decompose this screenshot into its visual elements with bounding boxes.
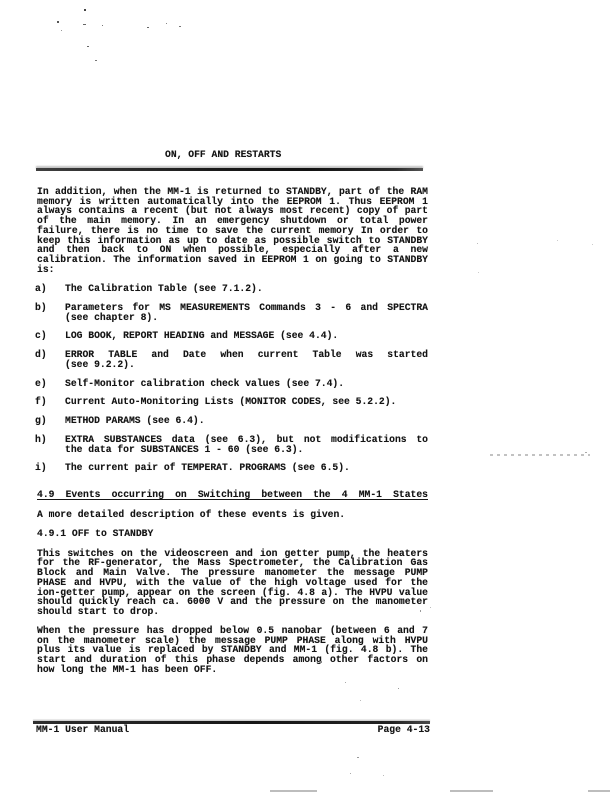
list-item: h)EXTRA SUBSTANCES data (see 6.3), but n… bbox=[37, 435, 428, 455]
list-item: a)The Calibration Table (see 7.1.2). bbox=[37, 284, 428, 294]
scan-artifact bbox=[61, 30, 62, 31]
list-item-marker: g) bbox=[35, 416, 47, 426]
list-item-marker: d) bbox=[35, 350, 47, 360]
list-item-marker: f) bbox=[35, 397, 47, 407]
list-item: g)METHOD PARAMS (see 6.4). bbox=[37, 416, 428, 426]
list-item-marker: b) bbox=[35, 303, 47, 313]
list-item: c)LOG BOOK, REPORT HEADING and MESSAGE (… bbox=[37, 331, 428, 341]
document-body: ON, OFF AND RESTARTS In addition, when t… bbox=[37, 150, 428, 675]
text-line: how long the MM-1 has been OFF. bbox=[37, 665, 428, 675]
scan-artifact bbox=[357, 757, 359, 758]
section-intro: A more detailed description of these eve… bbox=[37, 510, 428, 520]
intro-paragraph: In addition, when the MM-1 is returned t… bbox=[37, 187, 428, 275]
off-to-standby-paragraph: This switches on the videoscreen and ion… bbox=[37, 549, 428, 617]
scan-artifact bbox=[585, 452, 587, 453]
list-item: e)Self-Monitor calibration check values … bbox=[37, 379, 428, 389]
text-line: (see chapter 8). bbox=[65, 313, 428, 323]
scan-artifact bbox=[166, 23, 167, 24]
page-header-title: ON, OFF AND RESTARTS bbox=[37, 150, 428, 160]
scan-artifact bbox=[87, 46, 89, 47]
text-line: METHOD PARAMS (see 6.4). bbox=[65, 416, 428, 426]
scan-artifact bbox=[350, 773, 351, 774]
list-item-marker: c) bbox=[35, 331, 47, 341]
scan-artifact bbox=[360, 700, 361, 701]
scan-artifact bbox=[557, 240, 558, 241]
subsection-heading: 4.9.1 OFF to STANDBY bbox=[37, 529, 428, 539]
list-item-marker: a) bbox=[35, 284, 47, 294]
list-item: d)ERROR TABLE and Date when current Tabl… bbox=[37, 350, 428, 370]
header-rule bbox=[36, 168, 423, 171]
list-item-marker: h) bbox=[35, 435, 47, 445]
document-page: ON, OFF AND RESTARTS In addition, when t… bbox=[0, 0, 612, 793]
section-heading: 4.9 Events occurring on Switching betwee… bbox=[37, 490, 428, 500]
text-line: LOG BOOK, REPORT HEADING and MESSAGE (se… bbox=[65, 331, 428, 341]
scan-artifact bbox=[592, 244, 593, 245]
saved-data-list: a)The Calibration Table (see 7.1.2).b)Pa… bbox=[37, 284, 428, 473]
scan-artifact bbox=[83, 24, 86, 25]
scan-artifact bbox=[179, 26, 181, 27]
scan-artifact bbox=[345, 682, 346, 683]
text-line: The Calibration Table (see 7.1.2). bbox=[65, 284, 428, 294]
scan-artifact bbox=[383, 775, 384, 776]
page-footer: MM-1 User Manual Page 4-13 bbox=[33, 721, 430, 735]
scan-artifact bbox=[57, 21, 59, 23]
text-line: Self-Monitor calibration check values (s… bbox=[65, 379, 428, 389]
text-line: calibration. The information saved in EE… bbox=[37, 255, 428, 265]
scan-artifact bbox=[147, 27, 149, 28]
list-item: f)Current Auto-Monitoring Lists (MONITOR… bbox=[37, 397, 428, 407]
scan-artifact bbox=[398, 688, 399, 689]
list-item-marker: i) bbox=[35, 463, 47, 473]
text-line: is: bbox=[37, 265, 428, 275]
scan-artifact bbox=[430, 607, 431, 608]
text-line: Current Auto-Monitoring Lists (MONITOR C… bbox=[65, 397, 428, 407]
scan-artifact bbox=[588, 790, 610, 792]
list-item: b)Parameters for MS MEASUREMENTS Command… bbox=[37, 303, 428, 323]
text-line: the data for SUBSTANCES 1 - 60 (see 6.3)… bbox=[65, 445, 428, 455]
scan-artifact bbox=[95, 60, 97, 61]
text-line: (see 9.2.2). bbox=[65, 360, 428, 370]
footer-page-number: Page 4-13 bbox=[378, 725, 430, 735]
scan-artifact bbox=[102, 25, 103, 26]
list-item: i)The current pair of TEMPERAT. PROGRAMS… bbox=[37, 463, 428, 473]
pressure-drop-paragraph: When the pressure has dropped below 0.5 … bbox=[37, 626, 428, 675]
scan-artifact bbox=[270, 790, 317, 792]
list-item-marker: e) bbox=[35, 379, 47, 389]
footer-manual-title: MM-1 User Manual bbox=[36, 725, 129, 735]
scan-artifact bbox=[490, 454, 590, 456]
scan-artifact bbox=[478, 272, 479, 273]
scan-artifact bbox=[477, 243, 478, 244]
text-line: The current pair of TEMPERAT. PROGRAMS (… bbox=[65, 463, 428, 473]
scan-artifact bbox=[450, 790, 493, 792]
scan-artifact bbox=[320, 661, 322, 663]
scan-artifact bbox=[84, 9, 86, 11]
scan-artifact bbox=[420, 610, 421, 612]
text-line: should start to drop. bbox=[37, 607, 428, 617]
